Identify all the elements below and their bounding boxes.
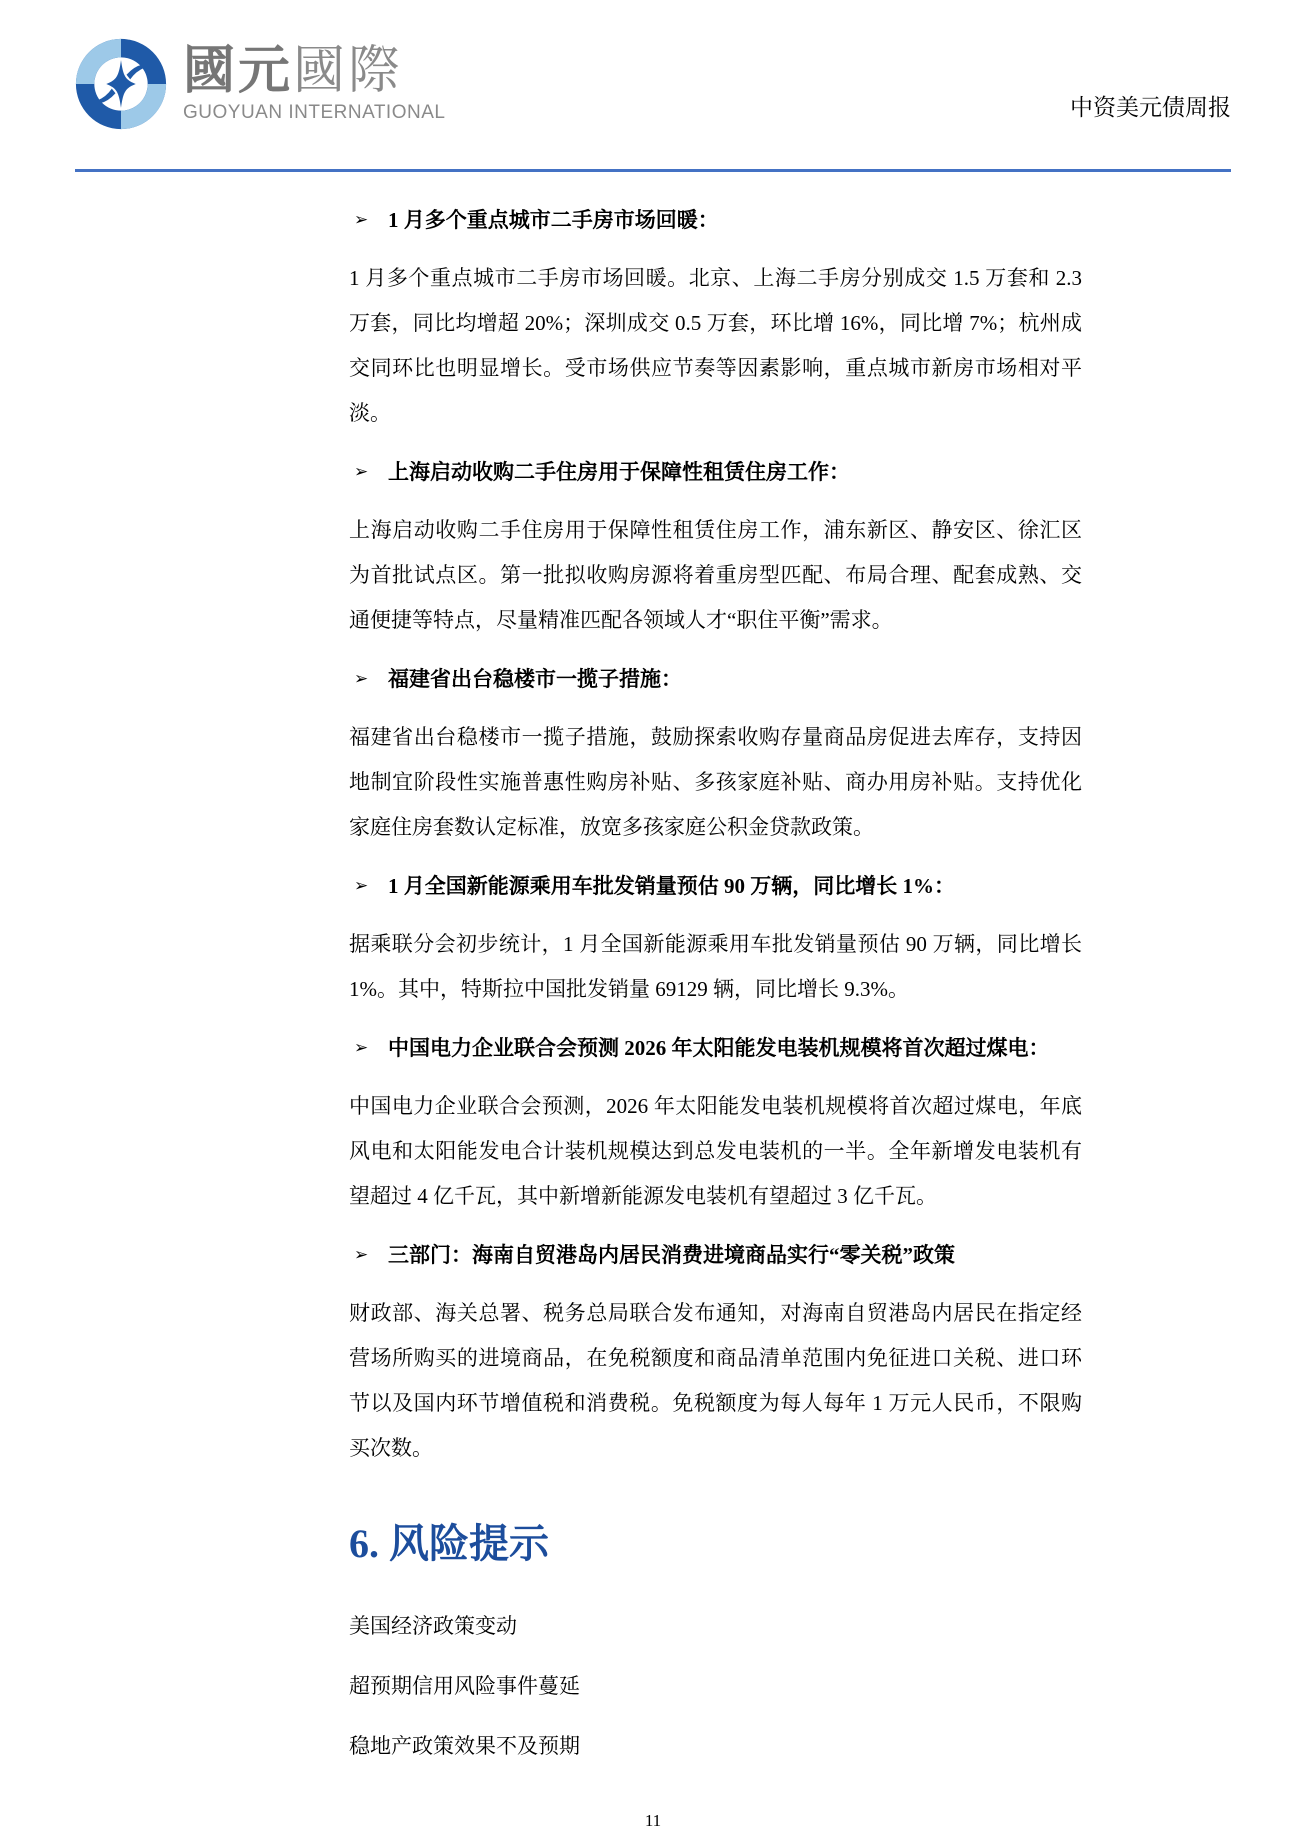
bullet-body: 据乘联分会初步统计，1 月全国新能源乘用车批发销量预估 90 万辆，同比增长 1… bbox=[349, 922, 1082, 1012]
logo-text: 國元國際 GUOYUAN INTERNATIONAL bbox=[183, 44, 445, 124]
logo-text-cn-light: 國際 bbox=[293, 42, 403, 100]
page-header: 國元國際 GUOYUAN INTERNATIONAL 中资美元债周报 bbox=[75, 38, 1231, 130]
guoyuan-logo: 國元國際 GUOYUAN INTERNATIONAL bbox=[75, 38, 445, 130]
bullet-heading-row: ➢ 中国电力企业联合会预测 2026 年太阳能发电装机规模将首次超过煤电： bbox=[349, 1033, 1082, 1063]
bullet-section-nev-sales: ➢ 1 月全国新能源乘用车批发销量预估 90 万辆，同比增长 1%： 据乘联分会… bbox=[349, 871, 1082, 1012]
arrow-bullet-icon: ➢ bbox=[349, 1033, 388, 1063]
bullet-body: 上海启动收购二手住房用于保障性租赁住房工作，浦东新区、静安区、徐汇区为首批试点区… bbox=[349, 508, 1082, 643]
arrow-bullet-icon: ➢ bbox=[349, 457, 388, 487]
arrow-bullet-icon: ➢ bbox=[349, 871, 388, 901]
bullet-section-hainan-zero-tariff: ➢ 三部门：海南自贸港岛内居民消费进境商品实行“零关税”政策 财政部、海关总署、… bbox=[349, 1240, 1082, 1471]
bullet-section-solar-power: ➢ 中国电力企业联合会预测 2026 年太阳能发电装机规模将首次超过煤电： 中国… bbox=[349, 1033, 1082, 1219]
bullet-heading-row: ➢ 福建省出台稳楼市一揽子措施： bbox=[349, 664, 1082, 694]
arrow-bullet-icon: ➢ bbox=[349, 664, 388, 694]
bullet-body: 1 月多个重点城市二手房市场回暖。北京、上海二手房分别成交 1.5 万套和 2.… bbox=[349, 256, 1082, 436]
bullet-heading: 1 月多个重点城市二手房市场回暖： bbox=[388, 205, 1082, 235]
bullet-section-shanghai-rental: ➢ 上海启动收购二手住房用于保障性租赁住房工作： 上海启动收购二手住房用于保障性… bbox=[349, 457, 1082, 643]
risk-item: 稳地产政策效果不及预期 bbox=[349, 1732, 1082, 1760]
bullet-body: 中国电力企业联合会预测，2026 年太阳能发电装机规模将首次超过煤电，年底风电和… bbox=[349, 1084, 1082, 1219]
bullet-heading-row: ➢ 上海启动收购二手住房用于保障性租赁住房工作： bbox=[349, 457, 1082, 487]
header-divider bbox=[75, 169, 1231, 172]
bullet-heading: 上海启动收购二手住房用于保障性租赁住房工作： bbox=[388, 457, 1082, 487]
bullet-body: 福建省出台稳楼市一揽子措施，鼓励探索收购存量商品房促进去库存，支持因地制宜阶段性… bbox=[349, 715, 1082, 850]
bullet-heading: 1 月全国新能源乘用车批发销量预估 90 万辆，同比增长 1%： bbox=[388, 871, 1082, 901]
bullet-section-secondhand-housing: ➢ 1 月多个重点城市二手房市场回暖： 1 月多个重点城市二手房市场回暖。北京、… bbox=[349, 205, 1082, 436]
guoyuan-logo-icon bbox=[75, 38, 167, 130]
bullet-section-fujian-measures: ➢ 福建省出台稳楼市一揽子措施： 福建省出台稳楼市一揽子措施，鼓励探索收购存量商… bbox=[349, 664, 1082, 850]
content-column: ➢ 1 月多个重点城市二手房市场回暖： 1 月多个重点城市二手房市场回暖。北京、… bbox=[349, 205, 1082, 1760]
report-page: 國元國際 GUOYUAN INTERNATIONAL 中资美元债周报 ➢ 1 月… bbox=[0, 0, 1306, 1847]
risk-item: 美国经济政策变动 bbox=[349, 1612, 1082, 1640]
bullet-heading-row: ➢ 1 月全国新能源乘用车批发销量预估 90 万辆，同比增长 1%： bbox=[349, 871, 1082, 901]
bullet-heading: 福建省出台稳楼市一揽子措施： bbox=[388, 664, 1082, 694]
bullet-body: 财政部、海关总署、税务总局联合发布通知，对海南自贸港岛内居民在指定经营场所购买的… bbox=[349, 1291, 1082, 1471]
page-number: 11 bbox=[0, 1811, 1306, 1831]
logo-text-en: GUOYUAN INTERNATIONAL bbox=[183, 102, 445, 124]
logo-text-cn-bold: 國元 bbox=[183, 42, 293, 100]
bullet-heading-row: ➢ 1 月多个重点城市二手房市场回暖： bbox=[349, 205, 1082, 235]
logo-text-cn: 國元國際 bbox=[183, 44, 445, 99]
risk-item: 超预期信用风险事件蔓延 bbox=[349, 1672, 1082, 1700]
bullet-heading: 三部门：海南自贸港岛内居民消费进境商品实行“零关税”政策 bbox=[388, 1240, 1082, 1270]
report-type-label: 中资美元债周报 bbox=[1070, 89, 1231, 130]
arrow-bullet-icon: ➢ bbox=[349, 1240, 388, 1270]
bullet-heading: 中国电力企业联合会预测 2026 年太阳能发电装机规模将首次超过煤电： bbox=[388, 1033, 1082, 1063]
risk-section-title: 6. 风险提示 bbox=[349, 1518, 1082, 1570]
bullet-heading-row: ➢ 三部门：海南自贸港岛内居民消费进境商品实行“零关税”政策 bbox=[349, 1240, 1082, 1270]
arrow-bullet-icon: ➢ bbox=[349, 205, 388, 235]
